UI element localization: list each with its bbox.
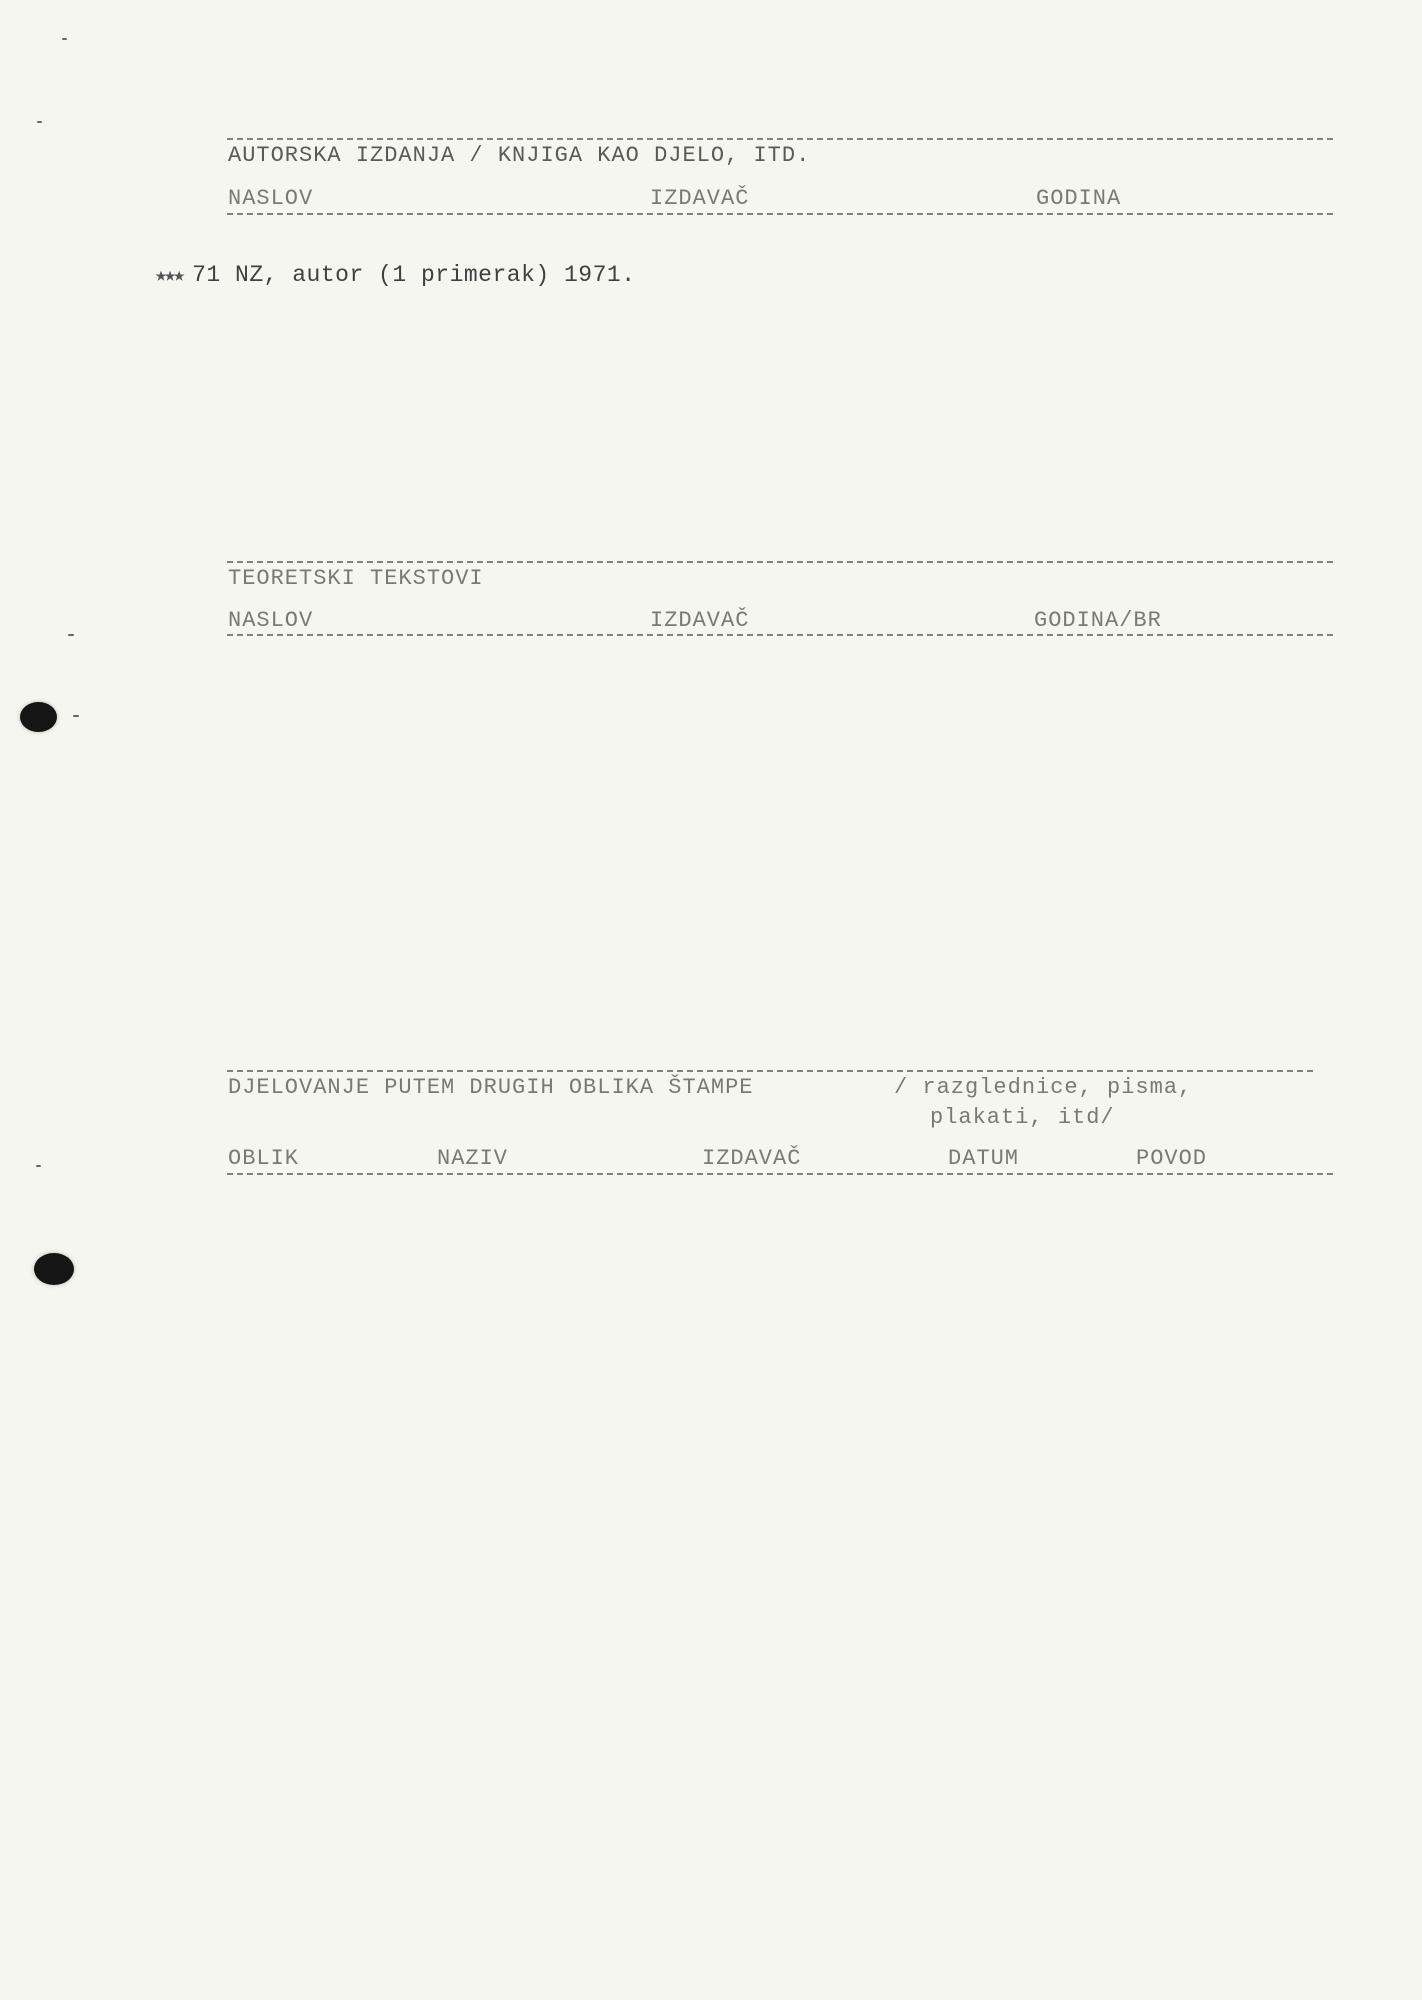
section-subtitle-line2: plakati, itd/ <box>930 1105 1115 1130</box>
column-header-naslov: NASLOV <box>228 608 313 633</box>
column-header-naziv: NAZIV <box>437 1146 508 1171</box>
list-item: ★★★71 NZ, autor (1 primerak) 1971. <box>155 262 636 288</box>
speck <box>73 715 79 717</box>
section-title: DJELOVANJE PUTEM DRUGIH OBLIKA ŠTAMPE <box>228 1075 753 1100</box>
column-header-datum: DATUM <box>948 1146 1019 1171</box>
stars-icon: ★★★ <box>155 265 182 288</box>
speck <box>62 38 67 40</box>
column-header-izdavac: IZDAVAČ <box>650 608 749 633</box>
column-header-izdavac: IZDAVAČ <box>650 186 749 211</box>
entry-text: 71 NZ, autor (1 primerak) 1971. <box>192 262 635 288</box>
header-bottom-rule <box>227 213 1333 215</box>
punch-hole-top <box>20 702 57 732</box>
section-subtitle-line1: / razglednice, pisma, <box>894 1075 1192 1100</box>
column-header-povod: POVOD <box>1136 1146 1207 1171</box>
speck <box>37 121 42 123</box>
section-title: TEORETSKI TEKSTOVI <box>228 566 484 591</box>
header-bottom-rule <box>227 634 1333 636</box>
column-header-izdavac: IZDAVAČ <box>702 1146 801 1171</box>
document-page: AUTORSKA IZDANJA / KNJIGA KAO DJELO, ITD… <box>0 0 1422 2000</box>
speck <box>68 634 74 636</box>
column-header-oblik: OBLIK <box>228 1146 299 1171</box>
column-header-naslov: NASLOV <box>228 186 313 211</box>
column-header-godina: GODINA <box>1036 186 1121 211</box>
section-top-rule <box>227 561 1333 563</box>
section-title: AUTORSKA IZDANJA / KNJIGA KAO DJELO, ITD… <box>228 143 810 168</box>
section-top-rule <box>227 138 1333 140</box>
column-header-godina-br: GODINA/BR <box>1034 608 1162 633</box>
speck <box>36 1165 41 1167</box>
header-bottom-rule <box>227 1173 1333 1175</box>
punch-hole-bottom <box>34 1253 74 1285</box>
section-top-rule <box>227 1070 1313 1072</box>
